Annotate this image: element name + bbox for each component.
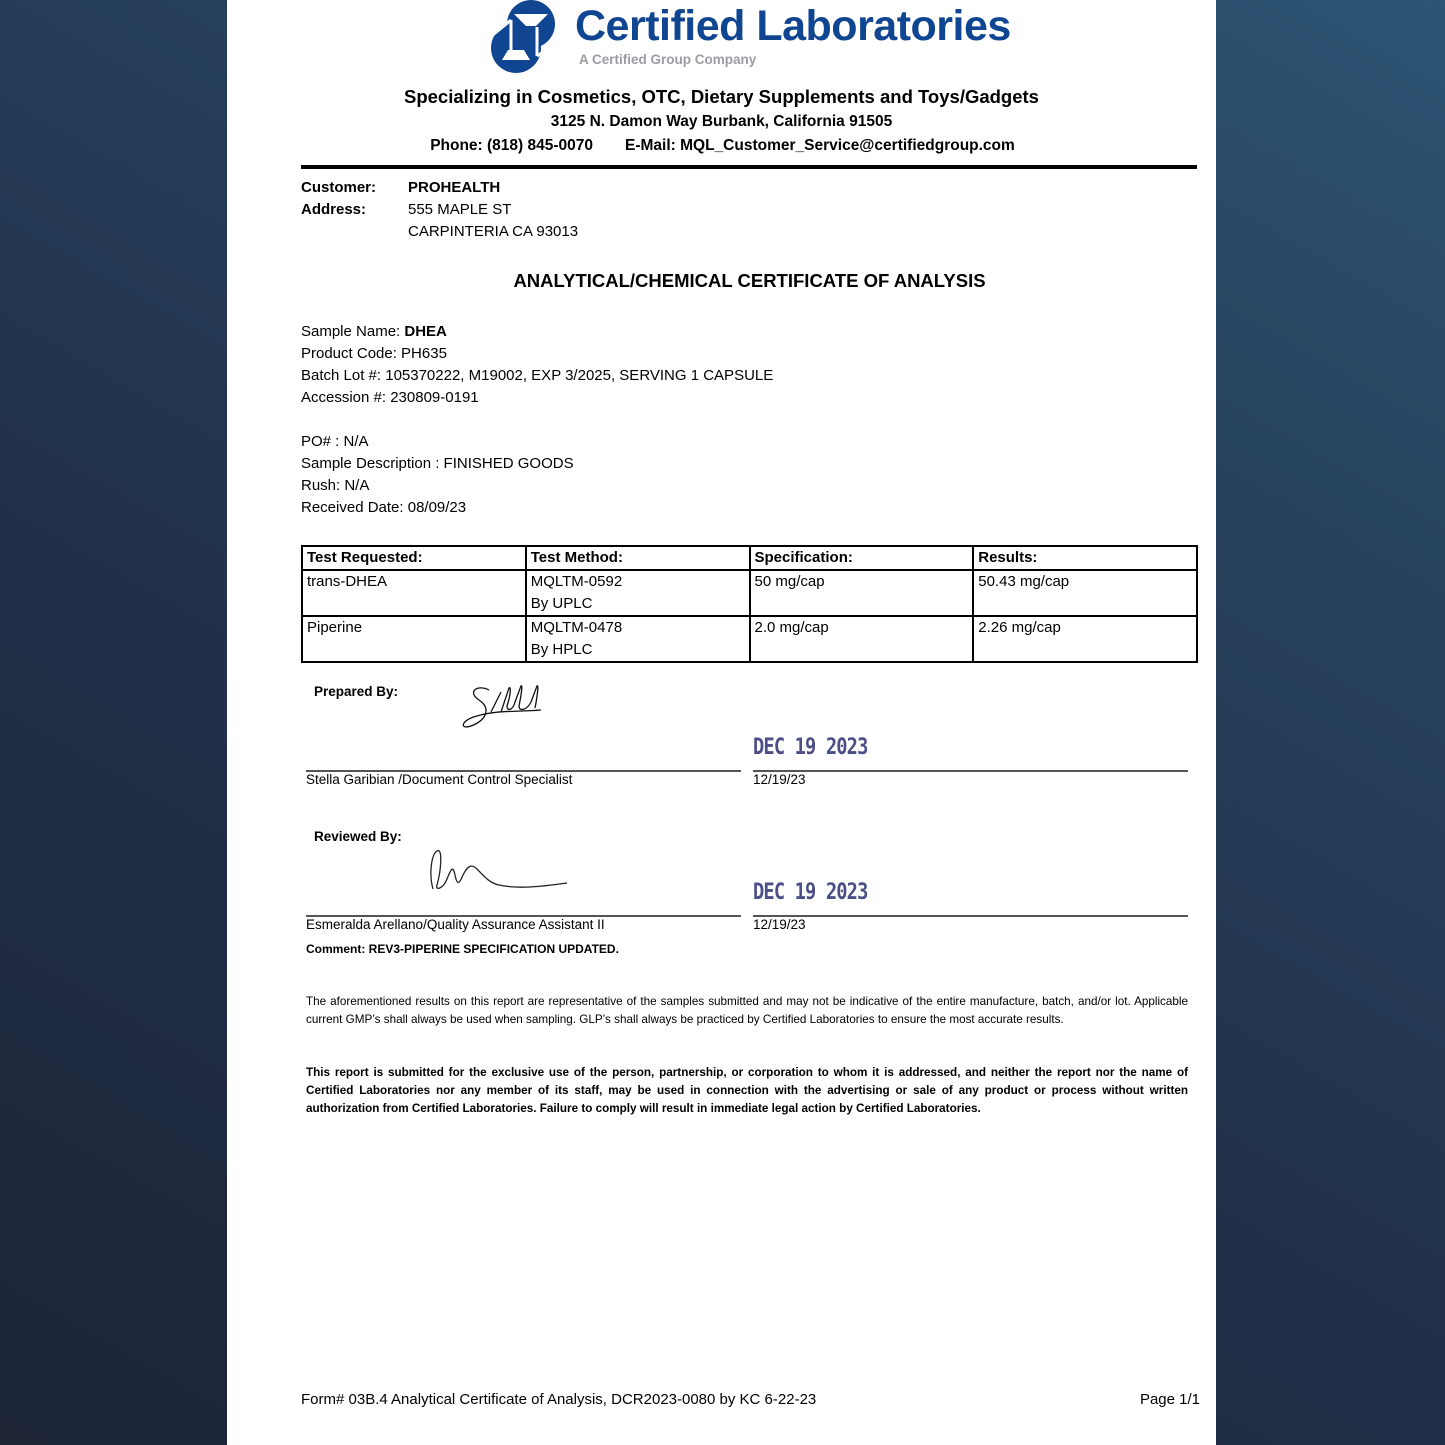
customer-labels: Customer: Address:: [301, 177, 376, 221]
test-method: MQLTM-0592By UPLC: [526, 570, 750, 616]
prepared-by-name: Stella Garibian /Document Control Specia…: [306, 772, 572, 787]
form-number: Form# 03B.4 Analytical Certificate of An…: [301, 1391, 816, 1408]
reviewed-date: 12/19/23: [753, 917, 806, 932]
reviewed-by-name: Esmeralda Arellano/Quality Assurance Ass…: [306, 917, 605, 932]
accession-number: Accession #: 230809-0191: [301, 387, 773, 409]
sample-name-value: DHEA: [404, 323, 447, 340]
column-header: Test Method:: [526, 546, 750, 570]
reviewed-by-label: Reviewed By:: [314, 829, 402, 844]
result: 2.26 mg/cap: [973, 616, 1197, 662]
received-date: Received Date: 08/09/23: [301, 497, 773, 519]
method-technique: By HPLC: [531, 639, 745, 661]
sample-name-label: Sample Name:: [301, 323, 404, 340]
company-email[interactable]: E-Mail: MQL_Customer_Service@certifiedgr…: [625, 137, 1015, 154]
address-label: Address:: [301, 199, 376, 221]
results-table: Test Requested: Test Method: Specificati…: [301, 545, 1198, 663]
customer-name: PROHEALTH: [408, 177, 578, 199]
column-header: Specification:: [750, 546, 974, 570]
specialization-line: Specializing in Cosmetics, OTC, Dietary …: [227, 86, 1216, 108]
column-header: Test Requested:: [302, 546, 526, 570]
table-header-row: Test Requested: Test Method: Specificati…: [302, 546, 1197, 570]
test-requested: trans-DHEA: [302, 570, 526, 616]
company-tagline: A Certified Group Company: [579, 52, 756, 67]
company-name: Certified Laboratories: [575, 2, 1011, 51]
specification: 50 mg/cap: [750, 570, 974, 616]
reviewed-date-line: [753, 915, 1188, 917]
prepared-date-line: [753, 770, 1188, 772]
certificate-page: Certified Laboratories A Certified Group…: [227, 0, 1216, 1445]
test-requested: Piperine: [302, 616, 526, 662]
header-divider: [301, 165, 1197, 169]
certified-labs-logo-icon: [484, 0, 564, 73]
sample-description: Sample Description : FINISHED GOODS: [301, 453, 773, 475]
method-code: MQLTM-0592: [531, 571, 745, 593]
sample-name: Sample Name: DHEA: [301, 321, 773, 343]
revision-comment: Comment: REV3-PIPERINE SPECIFICATION UPD…: [306, 942, 619, 956]
prepared-date: 12/19/23: [753, 772, 806, 787]
page-number: Page 1/1: [1140, 1391, 1200, 1408]
test-method: MQLTM-0478By HPLC: [526, 616, 750, 662]
rush: Rush: N/A: [301, 475, 773, 497]
reviewed-signature-icon: [427, 845, 572, 895]
table-row: Piperine MQLTM-0478By HPLC 2.0 mg/cap 2.…: [302, 616, 1197, 662]
customer-label: Customer:: [301, 177, 376, 199]
reviewed-date-stamp: DEC 19 2023: [753, 880, 867, 905]
prepared-date-stamp: DEC 19 2023: [753, 735, 867, 760]
table-row: trans-DHEA MQLTM-0592By UPLC 50 mg/cap 5…: [302, 570, 1197, 616]
product-code: Product Code: PH635: [301, 343, 773, 365]
company-phone: Phone: (818) 845-0070: [430, 137, 593, 154]
prepared-signature-icon: [457, 682, 549, 732]
prepared-by-label: Prepared By:: [314, 684, 398, 699]
customer-values: PROHEALTH 555 MAPLE ST CARPINTERIA CA 93…: [408, 177, 578, 243]
contact-line: Phone: (818) 845-0070E-Mail: MQL_Custome…: [227, 137, 1217, 155]
company-address: 3125 N. Damon Way Burbank, California 91…: [227, 113, 1216, 131]
specification: 2.0 mg/cap: [750, 616, 974, 662]
column-header: Results:: [973, 546, 1197, 570]
method-code: MQLTM-0478: [531, 617, 745, 639]
disclaimer-representative: The aforementioned results on this repor…: [306, 993, 1188, 1029]
batch-lot: Batch Lot #: 105370222, M19002, EXP 3/20…: [301, 365, 773, 387]
po-number: PO# : N/A: [301, 431, 773, 453]
address-line-2: CARPINTERIA CA 93013: [408, 221, 578, 243]
address-line-1: 555 MAPLE ST: [408, 199, 578, 221]
sample-info: Sample Name: DHEA Product Code: PH635 Ba…: [301, 321, 773, 519]
method-technique: By UPLC: [531, 593, 745, 615]
result: 50.43 mg/cap: [973, 570, 1197, 616]
document-title: ANALYTICAL/CHEMICAL CERTIFICATE OF ANALY…: [227, 270, 1272, 292]
disclaimer-exclusive-use: This report is submitted for the exclusi…: [306, 1064, 1188, 1118]
